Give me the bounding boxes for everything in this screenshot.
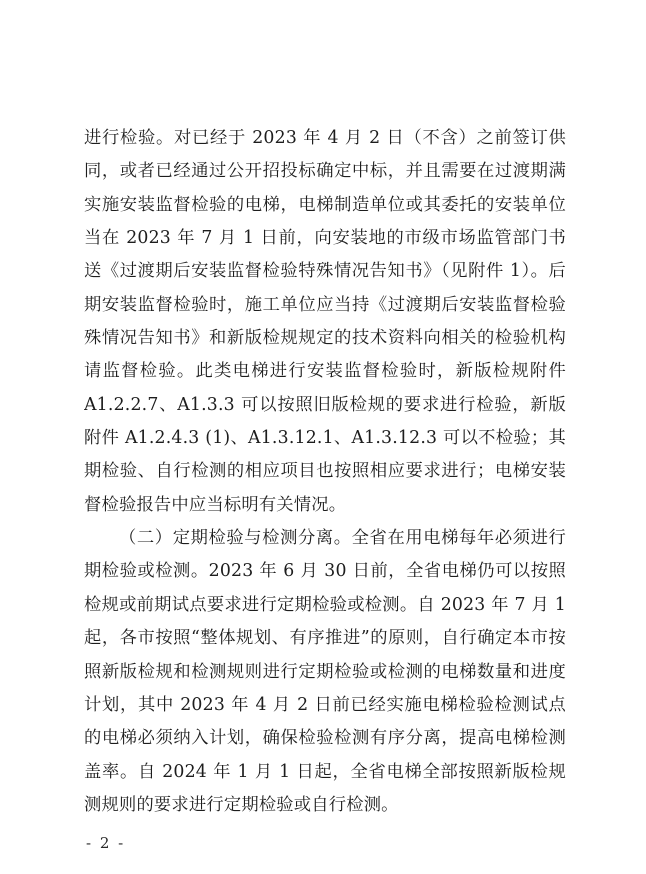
page-number: - 2 - bbox=[86, 832, 125, 854]
text-line: 殊情况告知书》和新版检规规定的技术资料向相关的检验机构申 bbox=[84, 322, 566, 355]
paragraph: （二）定期检验与检测分离。全省在用电梯每年必须进行定期检验或检测。2023 年 … bbox=[84, 522, 566, 822]
text-line: 期检验或检测。2023 年 6 月 30 日前，全省电梯仍可以按照旧版 bbox=[84, 555, 566, 588]
paragraph: 进行检验。对已经于 2023 年 4 月 2 日（不含）之前签订供货合同，或者已… bbox=[84, 122, 566, 522]
text-line: 请监督检验。此类电梯进行安装监督检验时，新版检规附件 bbox=[84, 355, 566, 388]
text-line: 期安装监督检验时，施工单位应当持《过渡期后安装监督检验特 bbox=[84, 289, 566, 322]
text-line: 当在 2023 年 7 月 1 日前，向安装地的市级市场监管部门书面报 bbox=[84, 222, 566, 255]
text-line: 起，各市按照“整体规划、有序推进”的原则，自行确定本市按 bbox=[84, 622, 566, 655]
text-line: 照新版检规和检测规则进行定期检验或检测的电梯数量和进度 bbox=[84, 656, 566, 689]
text-line: （二）定期检验与检测分离。全省在用电梯每年必须进行定 bbox=[84, 522, 566, 555]
text-line: 盖率。自 2024 年 1 月 1 日起，全省电梯全部按照新版检规和检 bbox=[84, 756, 566, 789]
text-line: 检规或前期试点要求进行定期检验或检测。自 2023 年 7 月 1 日 bbox=[84, 589, 566, 622]
text-line: 督检验报告中应当标明有关情况。 bbox=[84, 489, 566, 522]
text-line: 期检验、自行检测的相应项目也按照相应要求进行；电梯安装监 bbox=[84, 455, 566, 488]
text-line: 的电梯必须纳入计划，确保检验检测有序分离，提高电梯检测覆 bbox=[84, 722, 566, 755]
text-line: 送《过渡期后安装监督检验特殊情况告知书》（见附件 1）。后 bbox=[84, 255, 566, 288]
text-line: 附件 A1.2.4.3 (1)、A1.3.12.1、A1.3.12.3 可以不检… bbox=[84, 422, 566, 455]
text-line: 进行检验。对已经于 2023 年 4 月 2 日（不含）之前签订供货合 bbox=[84, 122, 566, 155]
document-body: 进行检验。对已经于 2023 年 4 月 2 日（不含）之前签订供货合同，或者已… bbox=[84, 122, 566, 822]
text-line: A1.2.2.7、A1.3.3 可以按照旧版检规的要求进行检验，新版检规 bbox=[84, 389, 566, 422]
document-page: 进行检验。对已经于 2023 年 4 月 2 日（不含）之前签订供货合同，或者已… bbox=[0, 0, 646, 874]
text-line: 实施安装监督检验的电梯，电梯制造单位或其委托的安装单位应 bbox=[84, 189, 566, 222]
text-line: 测规则的要求进行定期检验或自行检测。 bbox=[84, 789, 566, 822]
text-line: 同，或者已经通过公开招投标确定中标，并且需要在过渡期满后 bbox=[84, 155, 566, 188]
text-line: 计划，其中 2023 年 4 月 2 日前已经实施电梯检验检测试点改革 bbox=[84, 689, 566, 722]
